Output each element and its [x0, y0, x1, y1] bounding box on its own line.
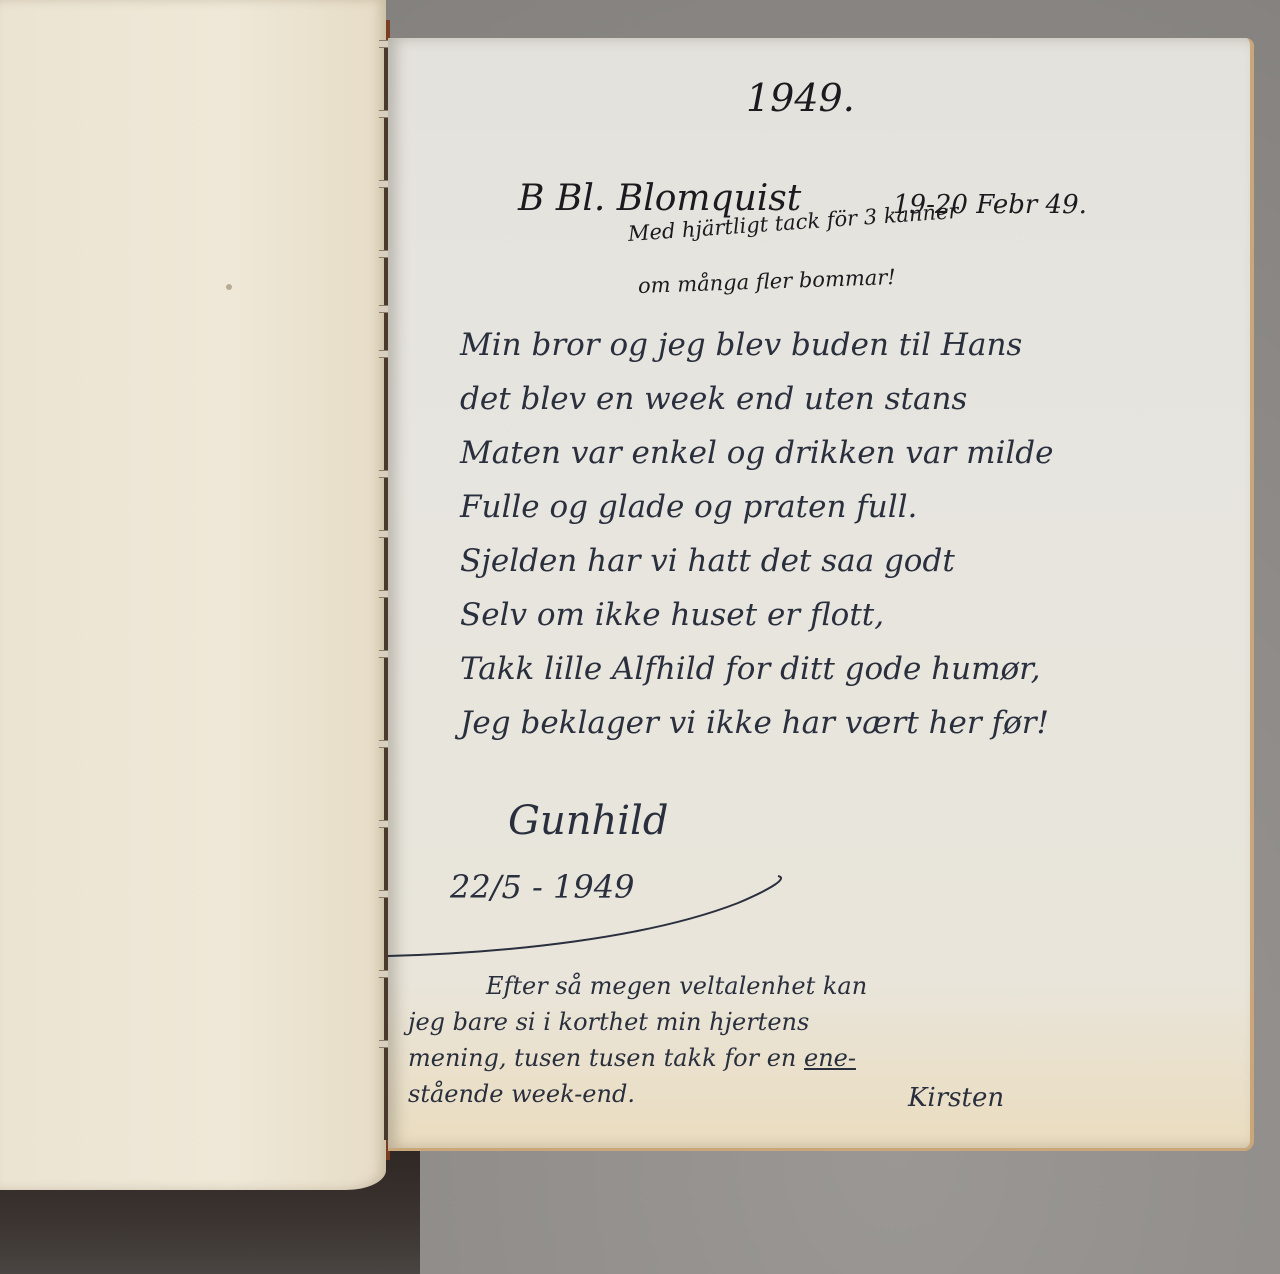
entry3-line: Efter så megen veltalenhet kan — [408, 968, 867, 1004]
entry3-line: jeg bare si i korthet min hjertens — [408, 1004, 867, 1040]
poem-line: Selv om ikke huset er flott, — [460, 588, 1053, 642]
entry3-line: stående week-end. — [408, 1076, 867, 1112]
entry3-signature: Kirsten — [908, 1083, 1004, 1113]
entry2-poem: Min bror og jeg blev buden til Hans det … — [460, 318, 1053, 750]
left-page — [0, 0, 386, 1190]
poem-line: Maten var enkel og drikken var milde — [460, 426, 1053, 480]
poem-line: Min bror og jeg blev buden til Hans — [460, 318, 1053, 372]
year-heading: 1949. — [746, 76, 855, 120]
poem-line: Takk lille Alfhild for ditt gode humør, — [460, 642, 1053, 696]
poem-line: Jeg beklager vi ikke har vært her før! — [460, 696, 1053, 750]
poem-line: Sjelden har vi hatt det saa godt — [460, 534, 1053, 588]
right-page: 1949. B Bl. Blomquist 19-20 Febr 49. Med… — [388, 38, 1254, 1151]
entry3-underlined-word: ene- — [804, 1044, 856, 1072]
entry3-line: mening, tusen tusen takk for en ene- — [408, 1040, 867, 1076]
entry1-note-line: om många fler bommar! — [638, 265, 897, 298]
paper-spot — [226, 284, 232, 290]
entry3-text: Efter så megen veltalenhet kan jeg bare … — [408, 968, 867, 1112]
signature-flourish-line — [388, 858, 808, 968]
poem-line: det blev en week end uten stans — [460, 372, 1053, 426]
entry3-line-part: mening, tusen tusen takk for en — [408, 1044, 804, 1072]
entry2-signature: Gunhild — [508, 798, 668, 844]
poem-line: Fulle og glade og praten full. — [460, 480, 1053, 534]
